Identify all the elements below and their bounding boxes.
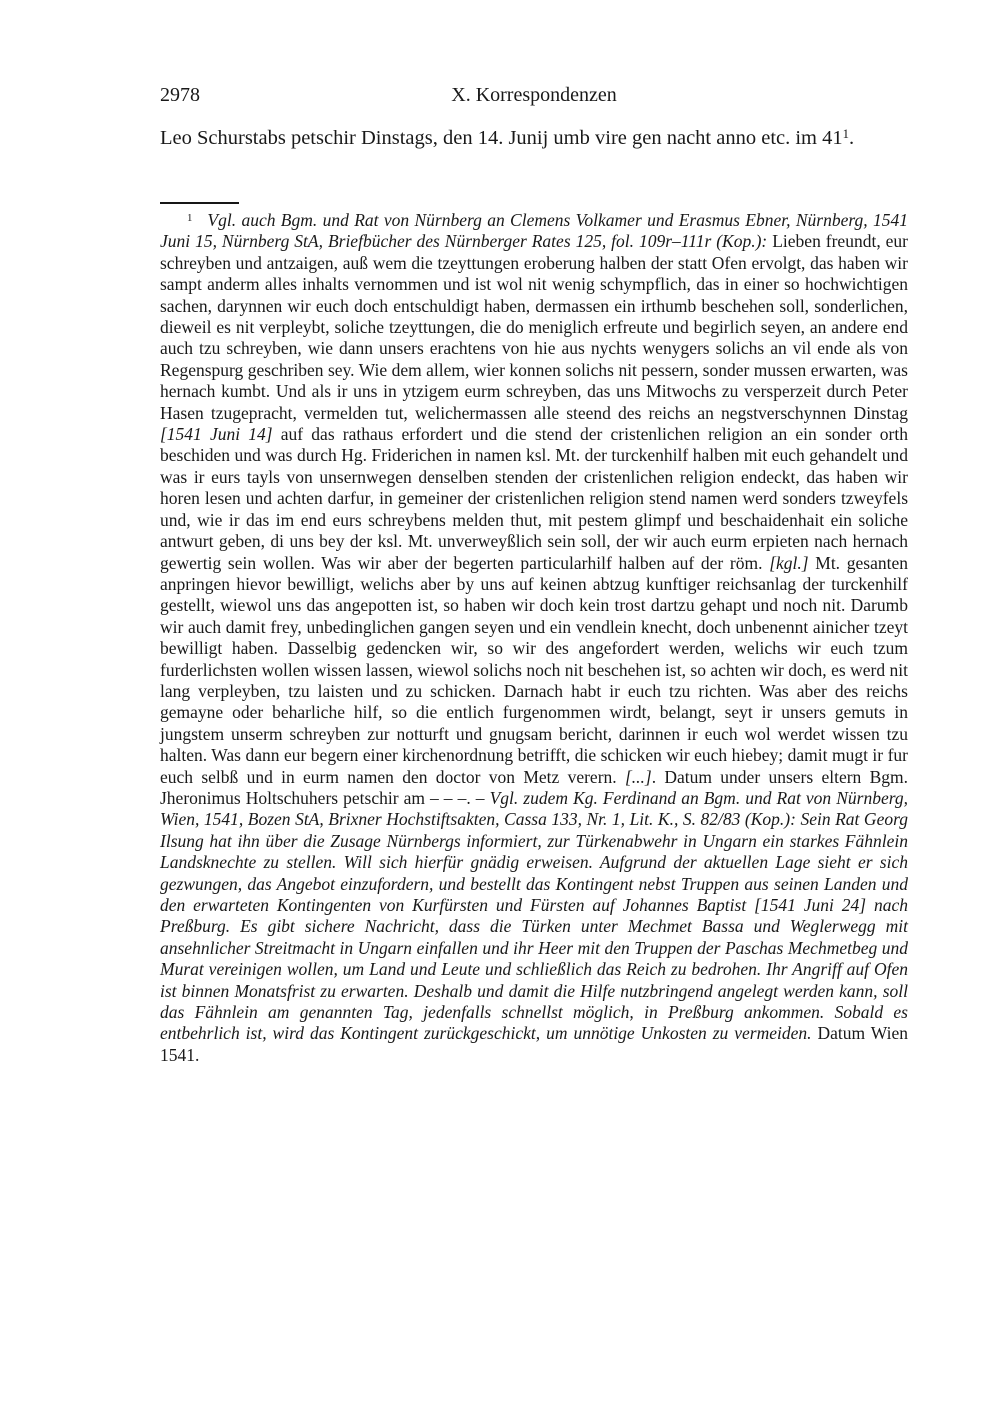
footnote-segment-italic: [1541 Juni 14]: [160, 424, 273, 444]
running-title: X. Korrespondenzen: [160, 82, 908, 108]
footnote-segment-roman: Lieben freundt, eur schreyben und antzai…: [160, 231, 908, 422]
footnote-segment-italic: [...]: [625, 767, 652, 787]
main-paragraph-text: Leo Schurstabs petschir Dinstags, den 14…: [160, 127, 843, 149]
footnote-marker: 1: [187, 212, 192, 224]
footnote-separator: [160, 202, 239, 204]
page-header: 2978 X. Korrespondenzen: [160, 82, 908, 108]
page-number: 2978: [160, 82, 200, 108]
footnote-text: 1Vgl. auch Bgm. und Rat von Nürnberg an …: [160, 210, 908, 1066]
text-column: 2978 X. Korrespondenzen Leo Schurstabs p…: [160, 0, 908, 1066]
footnote-segment-roman: auf das rathaus erfordert und die stend …: [160, 424, 908, 572]
main-paragraph: Leo Schurstabs petschir Dinstags, den 14…: [160, 124, 908, 152]
footnote-segment-roman: Mt. gesanten anpringen hievor bewilligt,…: [160, 553, 908, 787]
footnote-segments: Vgl. auch Bgm. und Rat von Nürnberg an C…: [160, 210, 908, 1065]
main-paragraph-period: .: [849, 127, 854, 149]
book-page: 2978 X. Korrespondenzen Leo Schurstabs p…: [0, 0, 1004, 1418]
footnote-segment-italic: Vgl. zudem Kg. Ferdinand an Bgm. und Rat…: [160, 788, 908, 1043]
footnote-reference[interactable]: 1: [843, 127, 849, 141]
footnote-segment-italic: [kgl.]: [769, 553, 808, 573]
